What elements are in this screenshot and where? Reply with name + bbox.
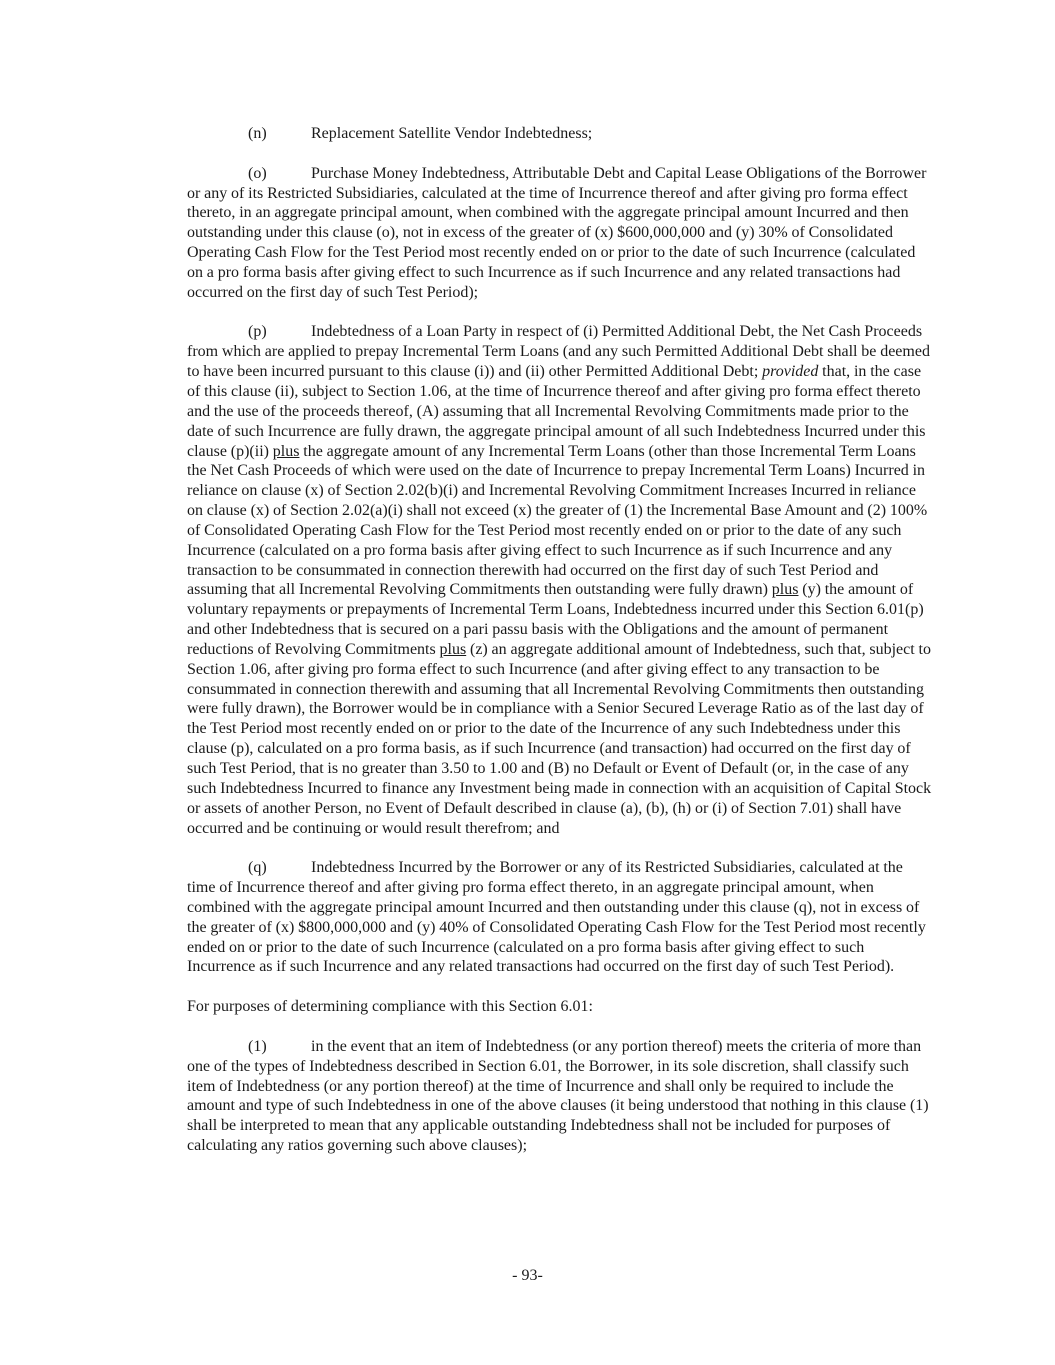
page-number: - 93- — [0, 1266, 1055, 1286]
clause-1: (1)in the event that an item of Indebted… — [187, 1037, 935, 1156]
clause-label: (n) — [248, 124, 311, 144]
clause-text: (z) an aggregate additional amount of In… — [187, 641, 931, 837]
clause-q: (q)Indebtedness Incurred by the Borrower… — [187, 858, 935, 977]
underlined-plus: plus — [273, 443, 300, 460]
clause-p: (p)Indebtedness of a Loan Party in respe… — [187, 322, 935, 838]
document-page: (n)Replacement Satellite Vendor Indebted… — [187, 124, 935, 1176]
clause-text: Purchase Money Indebtedness, Attributabl… — [187, 165, 926, 301]
purposes-heading: For purposes of determining compliance w… — [187, 997, 935, 1017]
clause-o: (o)Purchase Money Indebtedness, Attribut… — [187, 164, 935, 303]
purposes-text: For purposes of determining compliance w… — [187, 998, 593, 1015]
clause-text: the aggregate amount of any Incremental … — [187, 443, 927, 599]
clause-label: (q) — [248, 858, 311, 878]
clause-text: Replacement Satellite Vendor Indebtednes… — [311, 125, 592, 142]
clause-label: (o) — [248, 164, 311, 184]
underlined-plus: plus — [772, 581, 799, 598]
italic-provided: provided — [762, 363, 818, 380]
clause-label: (1) — [248, 1037, 311, 1057]
clause-label: (p) — [248, 322, 311, 342]
clause-n: (n)Replacement Satellite Vendor Indebted… — [187, 124, 935, 144]
underlined-plus: plus — [440, 641, 467, 658]
